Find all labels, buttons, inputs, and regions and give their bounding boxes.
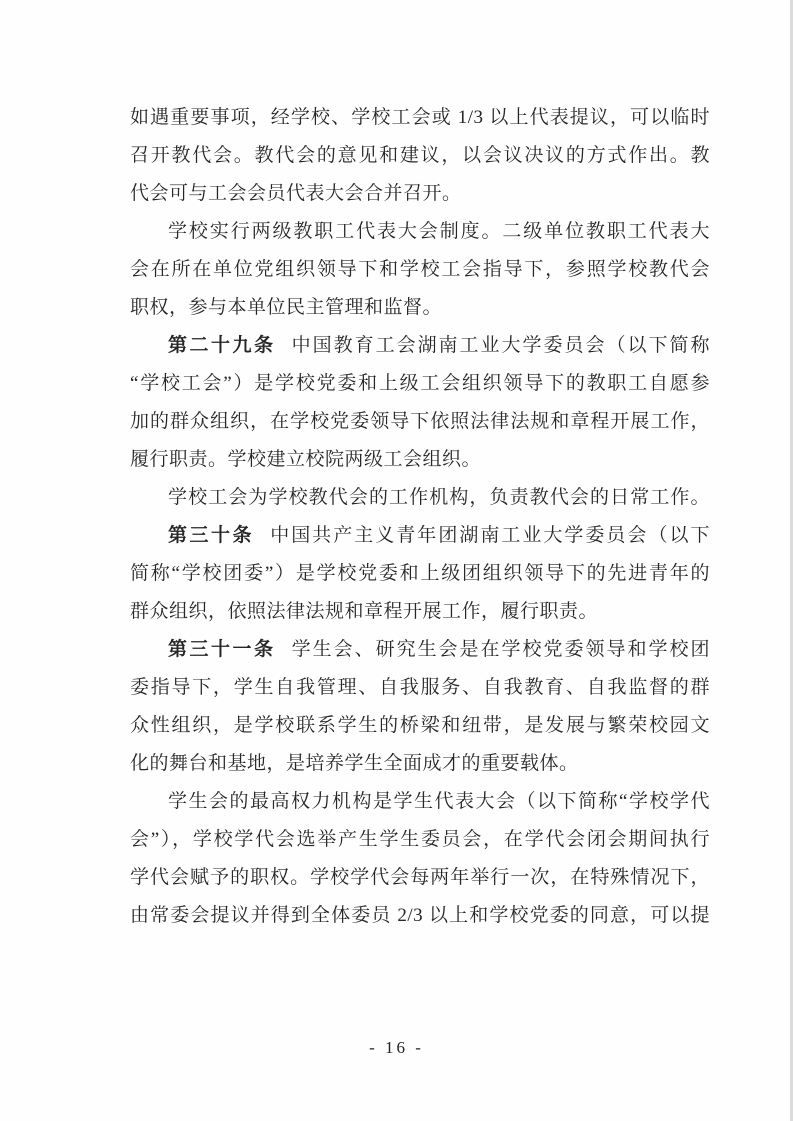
article-number: 第三十一条 xyxy=(168,639,275,660)
document-text-block: 如遇重要事项，经学校、学校工会或 1/3 以上代表提议，可以临时召开教代会。教代… xyxy=(130,99,710,935)
text-line: 群众组织，依照法律法规和章程开展工作，履行职责。 xyxy=(130,593,710,631)
text-line: 众性组织，是学校联系学生的桥梁和纽带，是发展与繁荣校园文 xyxy=(130,707,710,745)
text-segment: 学生会的最高权力机构是学生代表大会（以下简称“学校学代 xyxy=(168,791,710,812)
text-segment: 由常委会提议并得到全体委员 2/3 以上和学校党委的同意，可以提 xyxy=(130,905,710,926)
text-segment: 群众组织，依照法律法规和章程开展工作，履行职责。 xyxy=(130,601,598,622)
text-line: 加的群众组织，在学校党委领导下依照法律法规和章程开展工作， xyxy=(130,403,710,441)
text-line: 委指导下，学生自我管理、自我服务、自我教育、自我监督的群 xyxy=(130,669,710,707)
text-line: 化的舞台和基地，是培养学生全面成才的重要载体。 xyxy=(130,745,710,783)
text-segment: 简称“学校团委”）是学校党委和上级团组织领导下的先进青年的 xyxy=(130,563,710,584)
text-segment: 加的群众组织，在学校党委领导下依照法律法规和章程开展工作， xyxy=(130,411,710,432)
document-page: 如遇重要事项，经学校、学校工会或 1/3 以上代表提议，可以临时召开教代会。教代… xyxy=(0,0,793,1121)
text-line: 会”），学校学代会选举产生学生委员会，在学代会闭会期间执行 xyxy=(130,821,710,859)
text-line: “学校工会”）是学校党委和上级工会组织领导下的教职工自愿参 xyxy=(130,365,710,403)
text-segment: 代会可与工会会员代表大会合并召开。 xyxy=(130,183,462,204)
text-line: 第三十一条学生会、研究生会是在学校党委领导和学校团 xyxy=(130,631,710,669)
page-number: - 16 - xyxy=(0,1038,793,1058)
text-segment: 学校实行两级教职工代表大会制度。二级单位教职工代表大 xyxy=(168,221,710,242)
article-number: 第三十条 xyxy=(168,525,254,546)
text-line: 学生会的最高权力机构是学生代表大会（以下简称“学校学代 xyxy=(130,783,710,821)
text-segment: 学代会赋予的职权。学校学代会每两年举行一次，在特殊情况下， xyxy=(130,867,710,888)
paragraph: 如遇重要事项，经学校、学校工会或 1/3 以上代表提议，可以临时召开教代会。教代… xyxy=(130,99,710,213)
text-line: 职权，参与本单位民主管理和监督。 xyxy=(130,289,710,327)
text-segment: 中国教育工会湖南工业大学委员会（以下简称 xyxy=(292,335,710,356)
text-segment: 化的舞台和基地，是培养学生全面成才的重要载体。 xyxy=(130,753,579,774)
text-segment: 委指导下，学生自我管理、自我服务、自我教育、自我监督的群 xyxy=(130,677,710,698)
text-segment: 如遇重要事项，经学校、学校工会或 1/3 以上代表提议，可以临时 xyxy=(130,107,710,128)
text-segment: 中国共产主义青年团湖南工业大学委员会（以下 xyxy=(270,525,710,546)
paragraph: 学校工会为学校教代会的工作机构，负责教代会的日常工作。 xyxy=(130,479,710,517)
paragraph: 第二十九条中国教育工会湖南工业大学委员会（以下简称“学校工会”）是学校党委和上级… xyxy=(130,327,710,479)
text-line: 代会可与工会会员代表大会合并召开。 xyxy=(130,175,710,213)
text-segment: 会在所在单位党组织领导下和学校工会指导下，参照学校教代会 xyxy=(130,259,710,280)
text-segment: 学生会、研究生会是在学校党委领导和学校团 xyxy=(292,639,710,660)
text-segment: 召开教代会。教代会的意见和建议，以会议决议的方式作出。教 xyxy=(130,145,710,166)
text-segment: 职权，参与本单位民主管理和监督。 xyxy=(130,297,442,318)
article-number: 第二十九条 xyxy=(168,335,275,356)
paragraph: 学校实行两级教职工代表大会制度。二级单位教职工代表大会在所在单位党组织领导下和学… xyxy=(130,213,710,327)
text-segment: “学校工会”）是学校党委和上级工会组织领导下的教职工自愿参 xyxy=(130,373,710,394)
text-segment: 会”），学校学代会选举产生学生委员会，在学代会闭会期间执行 xyxy=(130,829,710,850)
text-line: 如遇重要事项，经学校、学校工会或 1/3 以上代表提议，可以临时 xyxy=(130,99,710,137)
text-line: 履行职责。学校建立校院两级工会组织。 xyxy=(130,441,710,479)
text-line: 学代会赋予的职权。学校学代会每两年举行一次，在特殊情况下， xyxy=(130,859,710,897)
paragraph: 第三十条中国共产主义青年团湖南工业大学委员会（以下简称“学校团委”）是学校党委和… xyxy=(130,517,710,631)
text-line: 学校实行两级教职工代表大会制度。二级单位教职工代表大 xyxy=(130,213,710,251)
text-segment: 学校工会为学校教代会的工作机构，负责教代会的日常工作。 xyxy=(168,487,710,508)
paragraph: 第三十一条学生会、研究生会是在学校党委领导和学校团委指导下，学生自我管理、自我服… xyxy=(130,631,710,783)
text-segment: 众性组织，是学校联系学生的桥梁和纽带，是发展与繁荣校园文 xyxy=(130,715,710,736)
paragraph: 学生会的最高权力机构是学生代表大会（以下简称“学校学代会”），学校学代会选举产生… xyxy=(130,783,710,935)
text-line: 第二十九条中国教育工会湖南工业大学委员会（以下简称 xyxy=(130,327,710,365)
text-segment: 履行职责。学校建立校院两级工会组织。 xyxy=(130,449,481,470)
text-line: 会在所在单位党组织领导下和学校工会指导下，参照学校教代会 xyxy=(130,251,710,289)
text-line: 简称“学校团委”）是学校党委和上级团组织领导下的先进青年的 xyxy=(130,555,710,593)
text-line: 由常委会提议并得到全体委员 2/3 以上和学校党委的同意，可以提 xyxy=(130,897,710,935)
text-line: 召开教代会。教代会的意见和建议，以会议决议的方式作出。教 xyxy=(130,137,710,175)
text-line: 学校工会为学校教代会的工作机构，负责教代会的日常工作。 xyxy=(130,479,710,517)
text-line: 第三十条中国共产主义青年团湖南工业大学委员会（以下 xyxy=(130,517,710,555)
